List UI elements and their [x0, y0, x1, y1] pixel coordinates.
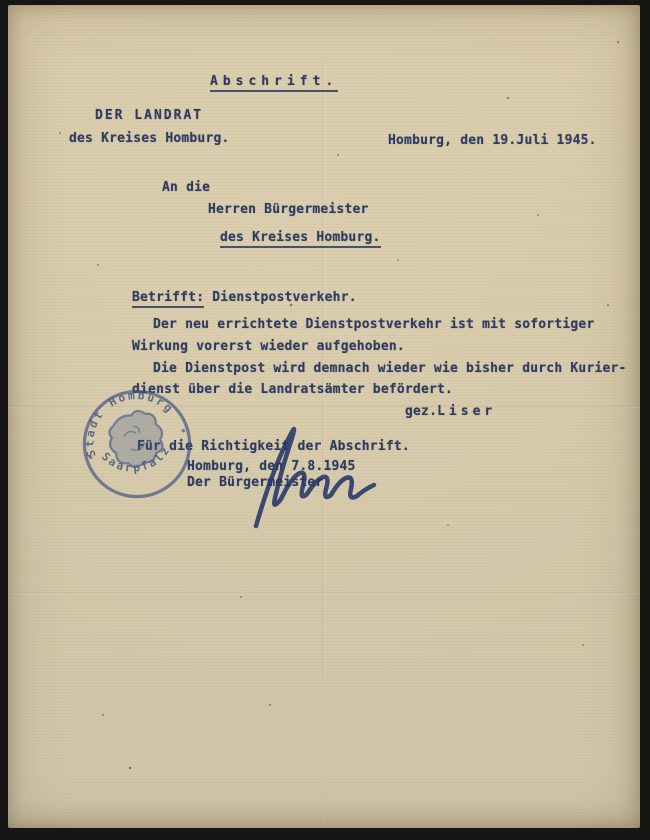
sender-line-1: DER LANDRAT: [95, 108, 203, 123]
dateline: Homburg, den 19.Juli 1945.: [388, 133, 597, 148]
subject-line: Betrifft: Dienstpostverkehr.: [132, 290, 357, 305]
recipient-line-3-text: des Kreises Homburg.: [220, 230, 381, 248]
recipient-line-1: An die: [162, 180, 210, 195]
document-heading: Abschrift.: [210, 74, 338, 89]
recipient-line-3: des Kreises Homburg.: [220, 230, 381, 245]
typed-signature-prefix: gez.: [405, 404, 437, 419]
sender-line-2: des Kreises Homburg.: [69, 131, 230, 146]
typed-signature: gez.Liser: [405, 404, 496, 419]
scanned-letter: Abschrift. DER LANDRAT des Kreises Hombu…: [0, 0, 650, 840]
heading-text: Abschrift.: [210, 74, 338, 92]
body-paragraph2-line1: Die Dienstpost wird demnach wieder wie b…: [153, 361, 627, 376]
recipient-line-2: Herren Bürgermeister: [208, 202, 369, 217]
subject-label: Betrifft:: [132, 290, 204, 308]
typed-signature-name: Liser: [437, 404, 496, 419]
body-paragraph1-line2: Wirkung vorerst wieder aufgehoben.: [132, 339, 405, 354]
subject-text: Dienstpostverkehr.: [212, 290, 356, 305]
letter-paper: Abschrift. DER LANDRAT des Kreises Hombu…: [8, 5, 640, 828]
fold-line-horizontal-lower: [8, 592, 640, 594]
handwritten-signature: [238, 418, 388, 536]
body-paragraph1-line1: Der neu errichtete Dienstpostverkehr ist…: [153, 317, 594, 332]
